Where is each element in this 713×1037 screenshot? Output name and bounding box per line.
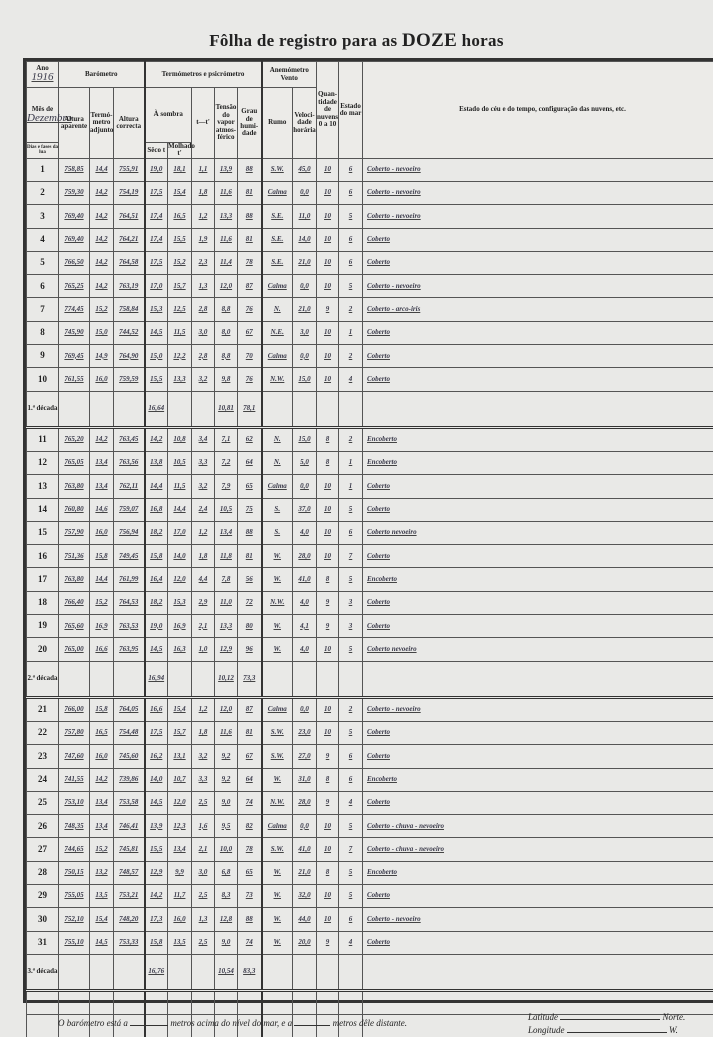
molhado-cell: 16,9 xyxy=(168,615,192,638)
vel-cell: 0,0 xyxy=(293,345,317,368)
dif-cell: 1,0 xyxy=(192,638,215,661)
tensao-cell: 9,5 xyxy=(215,815,238,838)
mar-cell: 7 xyxy=(339,838,363,861)
alt_ap-cell: 765,00 xyxy=(59,638,90,661)
day-cell: 4 xyxy=(27,228,59,251)
title-prefix: Fôlha de registro para as xyxy=(209,31,397,50)
decada-2-summary: 2.ª década16,9410,1273,3 xyxy=(27,661,713,697)
rumo-cell: W. xyxy=(262,568,293,591)
day-cell: 27 xyxy=(27,838,59,861)
term_adj-cell: 16,6 xyxy=(90,638,114,661)
rumo-cell: N. xyxy=(262,451,293,474)
tensao-cell: 11,4 xyxy=(215,251,238,274)
obs-cell: Coberto - nevoeiro xyxy=(363,158,713,181)
nuvens-cell: 9 xyxy=(317,298,339,321)
nuvens-cell: 9 xyxy=(317,745,339,768)
obs-cell: Coberto xyxy=(363,931,713,954)
term_adj-cell: 15,2 xyxy=(90,298,114,321)
day-cell: 12 xyxy=(27,451,59,474)
term_adj-cell: 14,4 xyxy=(90,568,114,591)
humidade-cell: 76 xyxy=(238,298,262,321)
dif-cell: 1,6 xyxy=(192,815,215,838)
day-cell: 1 xyxy=(27,158,59,181)
molhado-cell: 15,7 xyxy=(168,721,192,744)
decada-3-summary: 3.ª década16,7610,5483,3 xyxy=(27,954,713,990)
table-row: 22757,8016,5754,4817,515,71,811,681S.W.2… xyxy=(27,721,713,744)
molhado-cell: 9,9 xyxy=(168,861,192,884)
alt_corr-cell: 759,59 xyxy=(114,368,145,391)
page-title: Fôlha de registro para as DOZE horas xyxy=(0,30,713,52)
humidade-cell: 65 xyxy=(238,475,262,498)
molhado-cell: 13,3 xyxy=(168,368,192,391)
alt_ap-cell: 763,80 xyxy=(59,475,90,498)
obs-cell: Encoberto xyxy=(363,768,713,791)
rumo-cell: Calma xyxy=(262,275,293,298)
table-row: 5766,5014,2764,5817,515,22,311,478S.E.21… xyxy=(27,251,713,274)
vel-cell: 5,0 xyxy=(293,451,317,474)
nuvens-cell: 10 xyxy=(317,345,339,368)
dif-cell: 1,3 xyxy=(192,908,215,931)
humidade-cell: 80 xyxy=(238,615,262,638)
term_adj-cell: 15,4 xyxy=(90,908,114,931)
vel-cell: 15,0 xyxy=(293,368,317,391)
dif-cell: 1,2 xyxy=(192,697,215,721)
alt_corr-cell: 748,57 xyxy=(114,861,145,884)
seco-cell: 15,5 xyxy=(145,838,168,861)
term_adj-cell: 13,5 xyxy=(90,885,114,908)
rumo-cell: W. xyxy=(262,931,293,954)
obs-cell: Coberto - nevoeiro xyxy=(363,181,713,204)
seco-cell: 15,8 xyxy=(145,545,168,568)
table-row: 25753,1013,4753,5814,512,02,59,074N.W.28… xyxy=(27,791,713,814)
decada-tensao: 10,54 xyxy=(215,954,238,990)
tensao-cell: 8,3 xyxy=(215,885,238,908)
decada-humidade: 83,3 xyxy=(238,954,262,990)
alt_ap-cell: 769,40 xyxy=(59,205,90,228)
rumo-cell: S.W. xyxy=(262,838,293,861)
mar-cell: 6 xyxy=(339,181,363,204)
alt_corr-cell: 764,51 xyxy=(114,205,145,228)
seco-cell: 17,4 xyxy=(145,228,168,251)
nuvens-cell: 10 xyxy=(317,251,339,274)
longitude-field: Longitude W. xyxy=(528,1025,678,1035)
alt_ap-cell: 765,05 xyxy=(59,451,90,474)
table-row: 21766,0015,8764,0516,615,41,212,087Calma… xyxy=(27,697,713,721)
nuvens-cell: 10 xyxy=(317,228,339,251)
dif-cell: 1,3 xyxy=(192,275,215,298)
table-row: 16751,3615,8749,4515,814,01,811,881W.28,… xyxy=(27,545,713,568)
tensao-cell: 12,0 xyxy=(215,275,238,298)
termometros-header: Termómetros e psicrómetro xyxy=(145,62,262,88)
dif-cell: 2,8 xyxy=(192,298,215,321)
alt_ap-cell: 759,30 xyxy=(59,181,90,204)
obs-cell: Coberto nevoeiro xyxy=(363,521,713,544)
humidade-cell: 88 xyxy=(238,908,262,931)
mar-cell: 5 xyxy=(339,205,363,228)
mar-cell: 4 xyxy=(339,368,363,391)
molhado-cell: 11,5 xyxy=(168,475,192,498)
barometro-header: Barómetro xyxy=(59,62,145,88)
rumo-header: Rumo xyxy=(262,88,293,159)
day-cell: 31 xyxy=(27,931,59,954)
molhado-cell: 16,0 xyxy=(168,908,192,931)
humidade-cell: 88 xyxy=(238,158,262,181)
humidade-cell: 78 xyxy=(238,251,262,274)
mar-cell: 3 xyxy=(339,615,363,638)
nuvens-cell: 10 xyxy=(317,521,339,544)
term_adj-cell: 14,2 xyxy=(90,427,114,451)
term_adj-cell: 14,2 xyxy=(90,768,114,791)
mar-cell: 1 xyxy=(339,321,363,344)
seco-cell: 17,5 xyxy=(145,251,168,274)
day-cell: 22 xyxy=(27,721,59,744)
alt_corr-cell: 763,56 xyxy=(114,451,145,474)
tensao-cell: 11,6 xyxy=(215,181,238,204)
register-table: Ano1916 Barómetro Termómetros e psicróme… xyxy=(26,61,713,1037)
mar-cell: 3 xyxy=(339,591,363,614)
title-hour: DOZE xyxy=(402,30,457,51)
dif-cell: 2,1 xyxy=(192,615,215,638)
seco-cell: 16,2 xyxy=(145,745,168,768)
table-row: 14760,8014,6759,0716,814,42,410,575S.37,… xyxy=(27,498,713,521)
humidade-cell: 81 xyxy=(238,228,262,251)
obs-cell: Coberto xyxy=(363,345,713,368)
seco-cell: 17,0 xyxy=(145,275,168,298)
tensao-cell: 10,0 xyxy=(215,838,238,861)
alt_ap-cell: 760,80 xyxy=(59,498,90,521)
mar-header: Estado do mar xyxy=(339,62,363,159)
alt_ap-cell: 765,60 xyxy=(59,615,90,638)
obs-cell: Coberto xyxy=(363,251,713,274)
latitude-field: Latitude Norte. xyxy=(528,1012,685,1022)
humidade-cell: 67 xyxy=(238,321,262,344)
obs-cell: Encoberto xyxy=(363,861,713,884)
molhado-cell: 12,0 xyxy=(168,791,192,814)
alt_corr-cell: 754,48 xyxy=(114,721,145,744)
mar-cell: 6 xyxy=(339,745,363,768)
seco-cell: 12,9 xyxy=(145,861,168,884)
vel-cell: 21,0 xyxy=(293,861,317,884)
alt_corr-cell: 758,84 xyxy=(114,298,145,321)
mar-cell: 6 xyxy=(339,521,363,544)
dif-cell: 3,2 xyxy=(192,475,215,498)
decada-label: 2.ª década xyxy=(27,661,59,697)
day-cell: 14 xyxy=(27,498,59,521)
alt_corr-cell: 763,53 xyxy=(114,615,145,638)
obs-cell: Coberto - nevoeiro xyxy=(363,275,713,298)
mar-cell: 7 xyxy=(339,545,363,568)
alt_corr-cell: 762,11 xyxy=(114,475,145,498)
day-cell: 17 xyxy=(27,568,59,591)
vel-cell: 41,0 xyxy=(293,568,317,591)
term_adj-cell: 14,2 xyxy=(90,275,114,298)
rumo-cell: Calma xyxy=(262,345,293,368)
table-row: 6765,2514,2763,1917,015,71,312,087Calma0… xyxy=(27,275,713,298)
decada-tensao: 10,81 xyxy=(215,391,238,427)
nuvens-cell: 8 xyxy=(317,568,339,591)
term_adj-cell: 16,5 xyxy=(90,721,114,744)
nuvens-cell: 9 xyxy=(317,615,339,638)
table-row: 30752,1015,4748,2017,316,01,312,888W.44,… xyxy=(27,908,713,931)
ano-header: Ano1916 xyxy=(27,62,59,88)
tensao-cell: 12,0 xyxy=(215,697,238,721)
rumo-cell: Calma xyxy=(262,697,293,721)
seco-cell: 17,5 xyxy=(145,721,168,744)
alt_ap-cell: 750,15 xyxy=(59,861,90,884)
table-row: 31755,1014,5753,3315,813,52,59,074W.20,0… xyxy=(27,931,713,954)
alt_ap-cell: 755,05 xyxy=(59,885,90,908)
obs-cell: Coberto - nevoeiro xyxy=(363,205,713,228)
obs-cell: Coberto xyxy=(363,615,713,638)
rumo-cell: S.E. xyxy=(262,205,293,228)
seco-cell: 14,0 xyxy=(145,768,168,791)
tensao-cell: 8,8 xyxy=(215,345,238,368)
alt_ap-cell: 765,20 xyxy=(59,427,90,451)
nuvens-cell: 10 xyxy=(317,545,339,568)
seco-cell: 14,4 xyxy=(145,475,168,498)
decada-label: 1.ª década xyxy=(27,391,59,427)
alt_ap-cell: 761,55 xyxy=(59,368,90,391)
obs-cell: Coberto xyxy=(363,745,713,768)
decada-label: 3.ª década xyxy=(27,954,59,990)
alt_ap-cell: 763,80 xyxy=(59,568,90,591)
decada-row: 2.ª década16,9410,1273,3 xyxy=(27,661,713,697)
rumo-cell: S.E. xyxy=(262,251,293,274)
decada-3-rows: 21766,0015,8764,0516,615,41,212,087Calma… xyxy=(27,697,713,954)
humidade-cell: 81 xyxy=(238,181,262,204)
seco-cell: 14,5 xyxy=(145,638,168,661)
tensao-header: Tensão do vapor atmos-férico xyxy=(215,88,238,159)
tensao-cell: 11,8 xyxy=(215,545,238,568)
alt_ap-cell: 757,90 xyxy=(59,521,90,544)
dif-cell: 1,8 xyxy=(192,721,215,744)
nuvens-cell: 10 xyxy=(317,158,339,181)
table-row: 10761,5516,0759,5915,513,33,29,876N.W.15… xyxy=(27,368,713,391)
seco-cell: 17,3 xyxy=(145,908,168,931)
obs-cell: Coberto xyxy=(363,591,713,614)
dif-cell: 3,3 xyxy=(192,451,215,474)
tensao-cell: 9,2 xyxy=(215,768,238,791)
alt_ap-cell: 769,40 xyxy=(59,228,90,251)
molhado-cell: 12,3 xyxy=(168,815,192,838)
termometro-adjunto-header: Termó-metro adjunto xyxy=(90,88,114,159)
vel-cell: 11,0 xyxy=(293,205,317,228)
seco-cell: 15,5 xyxy=(145,368,168,391)
term_adj-cell: 14,2 xyxy=(90,228,114,251)
tensao-cell: 13,3 xyxy=(215,615,238,638)
dif-cell: 2,9 xyxy=(192,591,215,614)
alt_corr-cell: 746,41 xyxy=(114,815,145,838)
rumo-cell: N.E. xyxy=(262,321,293,344)
day-cell: 8 xyxy=(27,321,59,344)
term_adj-cell: 13,4 xyxy=(90,791,114,814)
vel-cell: 14,0 xyxy=(293,228,317,251)
humidade-cell: 78 xyxy=(238,838,262,861)
term_adj-cell: 15,8 xyxy=(90,697,114,721)
alt_ap-cell: 751,36 xyxy=(59,545,90,568)
dif-cell: 2,5 xyxy=(192,885,215,908)
dif-cell: 3,4 xyxy=(192,427,215,451)
obs-cell: Coberto - arco-iris xyxy=(363,298,713,321)
table-row: 27744,6515,2745,8115,513,42,110,078S.W.4… xyxy=(27,838,713,861)
obs-cell: Coberto xyxy=(363,545,713,568)
seco-cell: 19,0 xyxy=(145,615,168,638)
tensao-cell: 13,3 xyxy=(215,205,238,228)
term_adj-cell: 14,2 xyxy=(90,181,114,204)
register-sheet: Ano1916 Barómetro Termómetros e psicróme… xyxy=(23,58,713,1003)
altura-aparente-header: Altura aparente xyxy=(59,88,90,159)
alt_corr-cell: 764,58 xyxy=(114,251,145,274)
table-row: 19765,6016,9763,5319,016,92,113,380W.4,1… xyxy=(27,615,713,638)
molhado-cell: 13,1 xyxy=(168,745,192,768)
rumo-cell: S. xyxy=(262,521,293,544)
decada-row: 3.ª década16,7610,5483,3 xyxy=(27,954,713,990)
day-cell: 24 xyxy=(27,768,59,791)
day-cell: 13 xyxy=(27,475,59,498)
tensao-cell: 9,8 xyxy=(215,368,238,391)
obs-cell: Coberto xyxy=(363,721,713,744)
seco-cell: 18,2 xyxy=(145,591,168,614)
day-cell: 9 xyxy=(27,345,59,368)
nuvens-cell: 10 xyxy=(317,181,339,204)
term_adj-cell: 14,6 xyxy=(90,498,114,521)
mar-cell: 1 xyxy=(339,451,363,474)
decada-seco: 16,76 xyxy=(145,954,168,990)
molhado-cell: 10,8 xyxy=(168,427,192,451)
decada-row: 1.ª década16,6410,8178,1 xyxy=(27,391,713,427)
a-sombra-header: À sombra xyxy=(145,88,192,143)
alt_corr-cell: 756,94 xyxy=(114,521,145,544)
alt_ap-cell: 774,45 xyxy=(59,298,90,321)
molhado-cell: 15,7 xyxy=(168,275,192,298)
molhado-cell: 10,5 xyxy=(168,451,192,474)
obs-cell: Coberto - chuva - nevoeiro xyxy=(363,838,713,861)
table-row: 29755,0513,5753,2114,211,72,58,373W.32,0… xyxy=(27,885,713,908)
day-cell: 30 xyxy=(27,908,59,931)
anemometro-header: AnemómetroVento xyxy=(262,62,317,88)
term_adj-cell: 15,8 xyxy=(90,545,114,568)
tensao-cell: 9,0 xyxy=(215,791,238,814)
tensao-cell: 8,8 xyxy=(215,298,238,321)
day-cell: 10 xyxy=(27,368,59,391)
term_adj-cell: 14,2 xyxy=(90,251,114,274)
mar-cell: 5 xyxy=(339,861,363,884)
dif-cell: 1,8 xyxy=(192,181,215,204)
dif-cell: 4,4 xyxy=(192,568,215,591)
term_adj-cell: 16,0 xyxy=(90,368,114,391)
decada-2-rows: 11765,2014,2763,4514,210,83,47,162N.15,0… xyxy=(27,427,713,661)
tensao-cell: 7,8 xyxy=(215,568,238,591)
dif-cell: 1,2 xyxy=(192,521,215,544)
table-row: 7774,4515,2758,8415,312,52,88,876N.21,09… xyxy=(27,298,713,321)
alt_corr-cell: 759,07 xyxy=(114,498,145,521)
alt_corr-cell: 763,45 xyxy=(114,427,145,451)
term_adj-cell: 16,0 xyxy=(90,521,114,544)
seco-cell: 14,5 xyxy=(145,321,168,344)
term_adj-cell: 16,0 xyxy=(90,745,114,768)
alt_corr-cell: 753,33 xyxy=(114,931,145,954)
table-row: 24741,5514,2739,8614,010,73,39,264W.31,0… xyxy=(27,768,713,791)
molhado-cell: 12,2 xyxy=(168,345,192,368)
vel-cell: 4,0 xyxy=(293,521,317,544)
day-cell: 19 xyxy=(27,615,59,638)
humidade-cell: 72 xyxy=(238,591,262,614)
mar-cell: 2 xyxy=(339,298,363,321)
molhado-cell: 15,4 xyxy=(168,181,192,204)
vel-cell: 0,0 xyxy=(293,697,317,721)
molhado-cell: 15,5 xyxy=(168,228,192,251)
term_adj-cell: 15,0 xyxy=(90,321,114,344)
day-cell: 15 xyxy=(27,521,59,544)
decada-seco: 16,94 xyxy=(145,661,168,697)
alt_ap-cell: 755,10 xyxy=(59,931,90,954)
table-row: 18766,4015,2764,5318,215,32,911,072N.W.4… xyxy=(27,591,713,614)
obs-cell: Encoberto xyxy=(363,427,713,451)
mar-cell: 5 xyxy=(339,638,363,661)
humidade-cell: 82 xyxy=(238,815,262,838)
alt_ap-cell: 745,90 xyxy=(59,321,90,344)
obs-cell: Coberto - nevoeiro xyxy=(363,908,713,931)
obs-cell: Encoberto xyxy=(363,451,713,474)
seco-cell: 15,3 xyxy=(145,298,168,321)
table-row: 15757,9016,0756,9418,217,01,213,488S.4,0… xyxy=(27,521,713,544)
day-cell: 11 xyxy=(27,427,59,451)
nuvens-cell: 10 xyxy=(317,368,339,391)
alt_corr-cell: 755,91 xyxy=(114,158,145,181)
day-cell: 2 xyxy=(27,181,59,204)
mar-cell: 5 xyxy=(339,721,363,744)
alt_corr-cell: 764,21 xyxy=(114,228,145,251)
alt_corr-cell: 745,81 xyxy=(114,838,145,861)
humidade-cell: 75 xyxy=(238,498,262,521)
table-row: 8745,9015,0744,5214,511,53,08,067N.E.3,0… xyxy=(27,321,713,344)
day-cell: 6 xyxy=(27,275,59,298)
decada-1-rows: 1758,8514,4755,9119,018,11,113,988S.W.45… xyxy=(27,158,713,391)
alt_corr-cell: 764,05 xyxy=(114,697,145,721)
seco-cell: 16,6 xyxy=(145,697,168,721)
nuvens-cell: 10 xyxy=(317,275,339,298)
nuvens-cell: 10 xyxy=(317,475,339,498)
vel-cell: 32,0 xyxy=(293,885,317,908)
nuvens-cell: 10 xyxy=(317,697,339,721)
nuvens-cell: 10 xyxy=(317,205,339,228)
term_adj-cell: 13,4 xyxy=(90,451,114,474)
rumo-cell: W. xyxy=(262,861,293,884)
nuvens-cell: 9 xyxy=(317,931,339,954)
rumo-cell: S.W. xyxy=(262,158,293,181)
nuvens-cell: 10 xyxy=(317,885,339,908)
tensao-cell: 13,9 xyxy=(215,158,238,181)
rumo-cell: W. xyxy=(262,545,293,568)
humidade-cell: 74 xyxy=(238,931,262,954)
tensao-cell: 11,0 xyxy=(215,591,238,614)
tensao-cell: 11,6 xyxy=(215,228,238,251)
alt_corr-cell: 748,20 xyxy=(114,908,145,931)
vel-cell: 4,1 xyxy=(293,615,317,638)
molhado-cell: 13,5 xyxy=(168,931,192,954)
humidade-cell: 87 xyxy=(238,697,262,721)
vel-cell: 23,0 xyxy=(293,721,317,744)
molhado-cell: 15,4 xyxy=(168,697,192,721)
nuvens-cell: 10 xyxy=(317,721,339,744)
table-row: 11765,2014,2763,4514,210,83,47,162N.15,0… xyxy=(27,427,713,451)
nuvens-cell: 10 xyxy=(317,815,339,838)
obs-cell: Coberto xyxy=(363,498,713,521)
obs-cell: Coberto xyxy=(363,791,713,814)
dif-cell: 3,0 xyxy=(192,321,215,344)
dif-cell: 2,8 xyxy=(192,345,215,368)
nuvens-cell: 9 xyxy=(317,591,339,614)
